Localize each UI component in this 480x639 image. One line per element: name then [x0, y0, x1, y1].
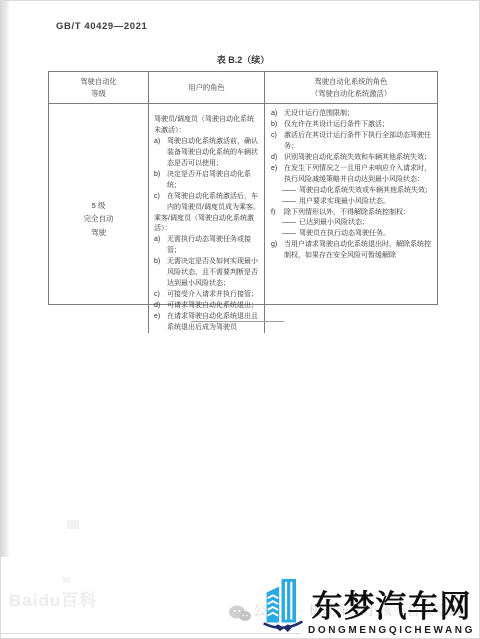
table-text-line: 驾驶员/调度员（驾驶自动化系统未激活）： [154, 115, 260, 137]
header-user-role: 用户的角色 [149, 72, 265, 103]
level-cell: 5 级 完全自动 驾驶 [49, 104, 149, 333]
table-text-line: g)当用户请求驾驶自动化系统退出时，解除系统控制权，如果存在安全风险可暂缓解除 [271, 240, 432, 262]
user-role-cell: 驾驶员/调度员（驾驶自动化系统未激活）：a)驾驶自动化系统激活前，确认装备驾驶自… [149, 104, 265, 333]
table-text-line: c)在驾驶自动化系统激活后，车内的驾驶员/调度员成为乘客。 [154, 192, 260, 214]
page-bottom-edge [1, 633, 301, 634]
buildings-handshake-icon [262, 576, 304, 636]
table-text-line: c)激活后在其设计运行条件下执行全部动态驾驶任务； [271, 131, 432, 153]
faint-watermark-glyph [67, 520, 79, 529]
table-text-line: a)无设计运行范围限制； [271, 109, 432, 120]
table-text-line: d)识别驾驶自动化系统失效和车辆其他系统失效； [271, 153, 432, 164]
table-text-line: c)可接受介入请求并执行接管； [154, 290, 260, 301]
table-text-line: ——已达到最小风险状态； [271, 218, 432, 229]
table-text-line: b)仅允许在其设计运行条件下激活； [271, 120, 432, 131]
table-text-line: ——用户要求实现最小风险状态。 [271, 197, 432, 208]
automation-levels-table: 驾驶自动化 等级 用户的角色 驾驶自动化系统的角色 （驾驶自动化系统激活） 5 … [48, 71, 438, 305]
table-text-line: ——驾驶自动化系统失效或车辆其他系统失效； [271, 186, 432, 197]
brand-name-en: DONGMENGQICHEWANG [308, 625, 475, 636]
table-text-line: f)除下列情形以外，不得解除系统控制权： [271, 208, 432, 219]
table-header-row: 驾驶自动化 等级 用户的角色 驾驶自动化系统的角色 （驾驶自动化系统激活） [49, 72, 437, 104]
table-end-rule [191, 321, 284, 322]
table-text-line: a)驾驶自动化系统激活前，确认装备驾驶自动化系统的车辆状态是否可以使用； [154, 137, 260, 170]
wechat-icon [228, 604, 252, 629]
table-text-line: b)无需决定是否及如何实现最小风险状态，且不需要判断是否达到最小风险状态； [154, 257, 260, 290]
table-body-row: 5 级 完全自动 驾驶 驾驶员/调度员（驾驶自动化系统未激活）：a)驾驶自动化系… [49, 104, 437, 304]
table-text-line: e)在请求驾驶自动化系统退出且系统退出后成为驾驶员 [154, 312, 260, 334]
table-text-line: b)决定是否开启驾驶自动化系统； [154, 170, 260, 192]
table-text-line: a)无需执行动态驾驶任务或接管； [154, 235, 260, 257]
baidu-watermark: Baidu百科 [9, 586, 97, 611]
scan-edge-shadow [1, 1, 9, 557]
brand-name-cn: 东梦汽车网 [312, 591, 472, 622]
table-text-line: 乘客/调度员（驾驶自动化系统激活）： [154, 214, 260, 236]
system-role-cell: a)无设计运行范围限制；b)仅允许在其设计运行条件下激活；c)激活后在其设计运行… [265, 104, 437, 333]
document-number: GB/T 40429—2021 [56, 21, 147, 32]
scanned-standard-page: GB/T 40429—2021 表 B.2（续） 驾驶自动化 等级 用户的角色 … [0, 0, 480, 639]
site-logo: 东梦汽车网 DONGMENGQICHEWANG [262, 576, 475, 636]
table-title: 表 B.2（续） [48, 53, 438, 66]
table-text-line: ——驾驶员在执行动态驾驶任务。 [271, 229, 432, 240]
header-automation-level: 驾驶自动化 等级 [49, 72, 149, 103]
table-text-line: d)可请求驾驶自动化系统退出； [154, 301, 260, 312]
faint-page-number: 10 [62, 577, 70, 584]
table-text-line: e)在发生下列情况之一且用户未响应介入请求时，执行风险减缓策略并自动达到最小风险… [271, 164, 432, 186]
header-system-role: 驾驶自动化系统的角色 （驾驶自动化系统激活） [265, 72, 437, 103]
